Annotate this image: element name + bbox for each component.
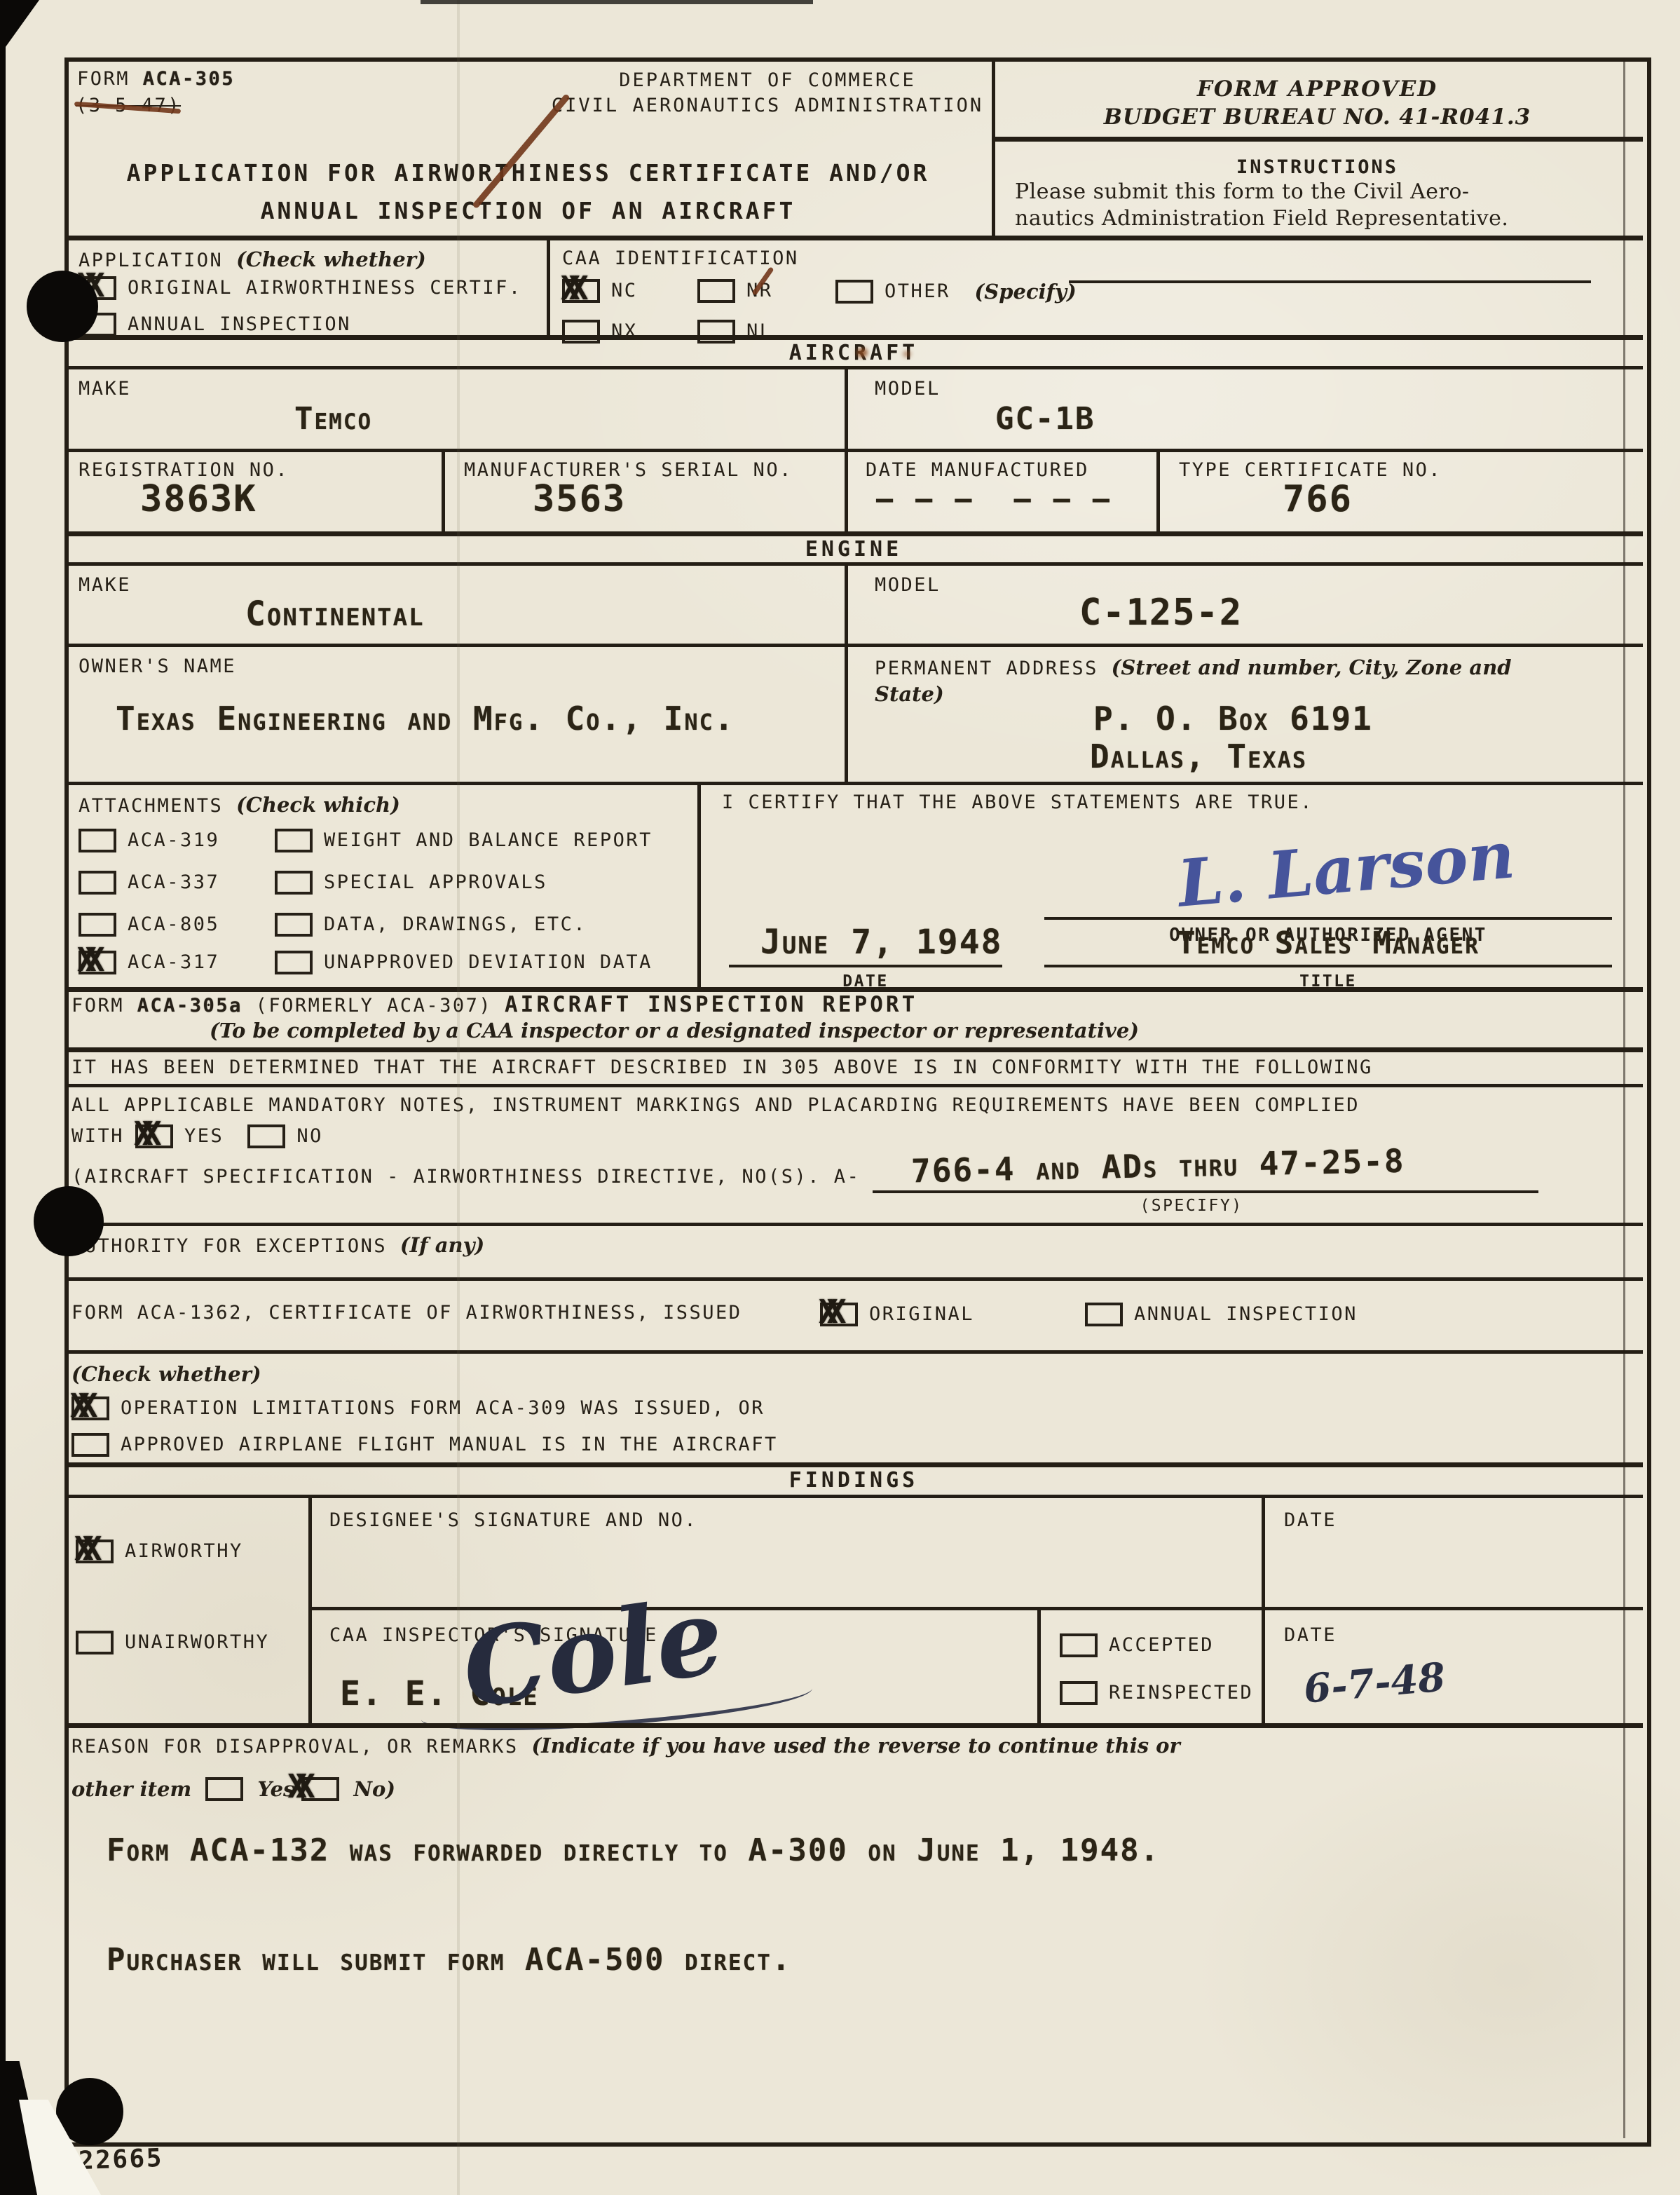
finding-airworthy: XX AIRWORTHY	[76, 1540, 243, 1563]
check-mark: XX	[287, 1770, 303, 1802]
agency-line-2: CIVIL AERONAUTICS ADMINISTRATION	[491, 94, 1044, 118]
flight-manual-row: APPROVED AIRPLANE FLIGHT MANUAL IS IN TH…	[71, 1433, 778, 1457]
rule	[1037, 1607, 1041, 1723]
rule	[64, 335, 1643, 340]
rule	[992, 137, 1643, 142]
address-line-2: Dallas, Texas	[1090, 739, 1307, 775]
rule	[64, 1462, 1643, 1467]
rule	[64, 1350, 1643, 1354]
aircraft-model-label: MODEL	[875, 377, 941, 401]
rule	[442, 449, 445, 531]
attachment-row-4: XX ACA-317	[78, 951, 219, 974]
finding-accepted: ACCEPTED	[1060, 1633, 1214, 1657]
rule	[1156, 449, 1160, 531]
rule	[64, 1084, 1643, 1087]
attachment-row-3: ACA-805	[78, 913, 219, 937]
checkbox-issued-original: XX	[820, 1303, 858, 1326]
attachment-row-3b: DATA, DRAWINGS, ETC.	[275, 913, 587, 937]
engine-make-label: MAKE	[78, 573, 131, 597]
caa-option-nc: XX NC	[562, 279, 638, 303]
finding-unairworthy: UNAIRWORTHY	[76, 1631, 269, 1654]
checkbox-aca-317: XX	[78, 951, 116, 974]
date-line	[729, 965, 1002, 967]
check-mark: XX	[561, 272, 577, 304]
rule	[64, 236, 1643, 240]
check-mark: XX	[74, 1533, 90, 1565]
aircraft-model-value: GC-1B	[995, 402, 1095, 436]
checkbox-nc: XX	[562, 279, 600, 303]
check-mark: XX	[819, 1296, 835, 1328]
checkbox-accepted	[1060, 1633, 1098, 1657]
page-serial-number: 22665	[78, 2142, 163, 2177]
attachment-row-4b: UNAPPROVED DEVIATION DATA	[275, 951, 653, 974]
engine-make-value: Continental	[245, 596, 425, 633]
finding-reinspected: REINSPECTED	[1060, 1681, 1253, 1705]
remarks-label-line-1: REASON FOR DISAPPROVAL, OR REMARKS (Indi…	[71, 1733, 1180, 1759]
report-title: AIRCRAFT INSPECTION REPORT	[505, 991, 917, 1019]
date-manufactured-value: — — — — — —	[876, 484, 1112, 515]
checkbox-airworthy: XX	[76, 1540, 114, 1563]
checkbox-unapproved-deviation	[275, 951, 313, 974]
form-number: ACA-305	[143, 68, 235, 90]
scan-edge-top	[421, 0, 813, 4]
rule	[697, 782, 701, 987]
report-form-number: FORM ACA-305a (FORMERLY ACA-307)	[71, 994, 492, 1018]
check-mark: XX	[70, 1389, 86, 1422]
issued-annual: ANNUAL INSPECTION	[1085, 1303, 1358, 1326]
address-line-1: P. O. Box 6191	[1093, 701, 1373, 737]
check-mark: XX	[77, 944, 93, 976]
form-title-line-1: APPLICATION FOR AIRWORTHINESS CERTIFICAT…	[64, 158, 992, 187]
spec-line	[873, 1190, 1538, 1193]
rule	[64, 1723, 1643, 1728]
findings-section-header: FINDINGS	[64, 1468, 1643, 1493]
form-title-line-2: ANNUAL INSPECTION OF AN AIRCRAFT	[64, 196, 992, 225]
form-approved-line-1: FORM APPROVED	[992, 76, 1643, 103]
aircraft-make-value: Temco	[294, 402, 372, 436]
check-whether-note: (Check whether)	[71, 1361, 261, 1387]
attachment-row-2b: SPECIAL APPROVALS	[275, 871, 547, 895]
complied-statement: ALL APPLICABLE MANDATORY NOTES, INSTRUME…	[71, 1094, 1360, 1117]
rule	[64, 366, 1643, 369]
checkbox-reinspected	[1060, 1681, 1098, 1705]
checkbox-operation-limitations: XX	[71, 1396, 109, 1420]
specify-label: (SPECIFY)	[1051, 1196, 1332, 1216]
designee-signature-label: DESIGNEE'S SIGNATURE AND NO.	[329, 1509, 697, 1533]
checkbox-unairworthy	[76, 1631, 114, 1654]
checkbox-aca-337	[78, 871, 116, 895]
operation-limitations-row: XX OPERATION LIMITATIONS FORM ACA-309 WA…	[71, 1396, 765, 1420]
serial-value: 3563	[533, 480, 626, 519]
engine-model-label: MODEL	[875, 573, 941, 597]
engine-model-value: C-125-2	[1079, 593, 1243, 633]
instructions-line-2: nautics Administration Field Representat…	[1015, 206, 1508, 231]
checkbox-other	[835, 280, 873, 304]
certify-statement: I CERTIFY THAT THE ABOVE STATEMENTS ARE …	[722, 791, 1313, 815]
checkbox-complied-no	[247, 1124, 285, 1148]
checkbox-special-approvals	[275, 871, 313, 895]
remarks-body-line-2: Purchaser will submit form ACA-500 direc…	[107, 1943, 791, 1977]
rule	[64, 1277, 1643, 1281]
authority-exceptions-label: AUTHORITY FOR EXCEPTIONS (If any)	[71, 1232, 484, 1258]
spec-directive-label: (AIRCRAFT SPECIFICATION - AIRWORTHINESS …	[71, 1165, 860, 1189]
attachment-row-2: ACA-337	[78, 871, 219, 895]
report-subtitle: (To be completed by a CAA inspector or a…	[64, 1018, 1284, 1043]
rule	[845, 562, 848, 644]
rule	[64, 782, 1643, 785]
checkbox-reverse-yes	[205, 1777, 243, 1801]
instructions-line-1: Please submit this form to the Civil Aer…	[1015, 179, 1470, 204]
inner-border-rule	[1623, 57, 1625, 2138]
stain-spot	[856, 348, 868, 358]
caa-identification-label: CAA IDENTIFICATION	[562, 247, 799, 271]
rule	[547, 236, 550, 335]
remarks-body-line-1: Form ACA-132 was forwarded directly to A…	[107, 1834, 1160, 1868]
determined-statement: IT HAS BEEN DETERMINED THAT THE AIRCRAFT…	[71, 1056, 1373, 1080]
title-line	[1044, 965, 1612, 967]
aircraft-section-header: AIRCRAFT	[64, 341, 1643, 365]
agency-line-1: DEPARTMENT OF COMMERCE	[491, 69, 1044, 93]
checkbox-nr	[697, 279, 735, 303]
scan-edge	[0, 0, 6, 2195]
rule	[64, 1495, 1643, 1498]
punch-hole	[27, 271, 98, 342]
checkbox-weight-balance	[275, 829, 313, 852]
rule	[845, 366, 848, 449]
application-option-annual: ANNUAL INSPECTION	[78, 313, 351, 337]
attachment-row-1b: WEIGHT AND BALANCE REPORT	[275, 829, 653, 852]
permanent-address-label-2: State)	[875, 681, 944, 707]
owner-name-value: Texas Engineering and Mfg. Co., Inc.	[116, 701, 735, 737]
rule	[64, 531, 1643, 536]
checkbox-aca-319	[78, 829, 116, 852]
checkbox-aca-805	[78, 913, 116, 937]
rule	[845, 449, 848, 531]
rule	[64, 1223, 1643, 1226]
date-manufactured-label: DATE MANUFACTURED	[866, 458, 1089, 482]
engine-section-header: ENGINE	[64, 537, 1643, 562]
scanned-form-page: FORM ACA-305 (3-5-47) DEPARTMENT OF COMM…	[0, 0, 1680, 2195]
checkbox-complied-yes: XX	[135, 1124, 173, 1148]
attachments-label: ATTACHMENTS (Check which)	[78, 792, 400, 818]
rule	[64, 1047, 1643, 1052]
rule	[64, 562, 1643, 566]
stain-spot	[903, 351, 911, 358]
instructions-title: INSTRUCTIONS	[992, 156, 1643, 179]
attachment-row-1: ACA-319	[78, 829, 219, 852]
designee-date-label: DATE	[1284, 1509, 1337, 1533]
aircraft-make-label: MAKE	[78, 377, 131, 401]
signature-line	[1044, 917, 1612, 920]
certify-date-value: June 7, 1948	[760, 924, 1003, 961]
application-label: APPLICATION (Check whether)	[78, 247, 426, 273]
paper-crease	[457, 0, 460, 2195]
aca-1362-label: FORM ACA-1362, CERTIFICATE OF AIRWORTHIN…	[71, 1301, 742, 1325]
owner-name-label: OWNER'S NAME	[78, 655, 236, 679]
rule	[845, 644, 848, 782]
certify-title-value: Temco Sales Manager	[1044, 927, 1612, 960]
form-approved-line-2: BUDGET BUREAU NO. 41-R041.3	[992, 104, 1643, 131]
punch-hole	[34, 1186, 104, 1256]
application-option-original: XX ORIGINAL AIRWORTHINESS CERTIF.	[78, 276, 522, 300]
serial-label: MANUFACTURER'S SERIAL NO.	[464, 458, 793, 482]
rule	[64, 449, 1643, 452]
checkbox-flight-manual	[71, 1433, 109, 1457]
form-number-label: FORM	[77, 68, 143, 90]
registration-value: 3863K	[140, 480, 257, 519]
checkbox-issued-annual	[1085, 1303, 1123, 1326]
form-number-line: FORM ACA-305	[77, 67, 235, 91]
rule	[64, 644, 1643, 647]
inspection-date-label: DATE	[1284, 1624, 1337, 1647]
complied-yes-no: WITH XX YES NO	[71, 1124, 323, 1148]
caa-option-other: OTHER (Specify)	[835, 279, 1077, 304]
other-specify-line	[1069, 280, 1591, 283]
checkbox-data-drawings	[275, 913, 313, 937]
check-mark: XX	[134, 1117, 150, 1150]
issued-original: XX ORIGINAL	[820, 1303, 974, 1326]
checkbox-reverse-no: XX	[301, 1777, 339, 1801]
remarks-label-line-2: other item Yes XX No)	[71, 1776, 395, 1802]
permanent-address-label: PERMANENT ADDRESS (Street and number, Ci…	[875, 655, 1512, 681]
type-certificate-value: 766	[1283, 480, 1353, 519]
